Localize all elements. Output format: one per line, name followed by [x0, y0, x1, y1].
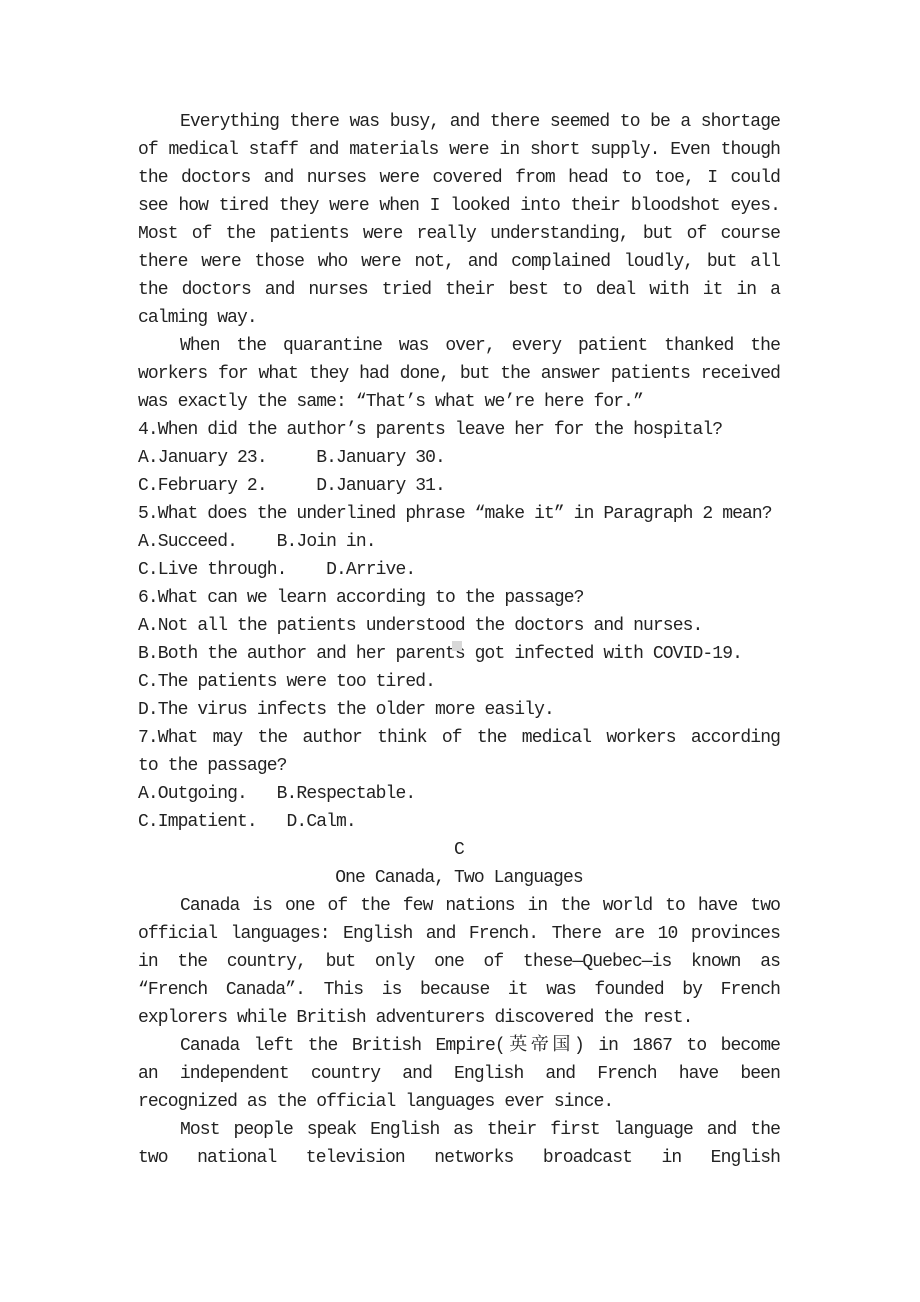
- document-line: Most people speak English as their first…: [138, 1116, 780, 1144]
- document-line: the doctors and nurses tried their best …: [138, 276, 780, 304]
- document-line: A.Not all the patients understood the do…: [138, 612, 780, 640]
- gray-square-artifact: [452, 641, 462, 651]
- document-page: Everything there was busy, and there see…: [0, 0, 920, 1302]
- document-line: explorers while British adventurers disc…: [138, 1004, 780, 1032]
- document-line: One Canada, Two Languages: [138, 864, 780, 892]
- document-content: Everything there was busy, and there see…: [138, 108, 780, 1172]
- document-line: Canada left the British Empire(英帝国) in 1…: [138, 1032, 780, 1060]
- document-line: see how tired they were when I looked in…: [138, 192, 780, 220]
- document-line: “French Canada”. This is because it was …: [138, 976, 780, 1004]
- document-line: two national television networks broadca…: [138, 1144, 780, 1172]
- document-line: calming way.: [138, 304, 780, 332]
- document-line: workers for what they had done, but the …: [138, 360, 780, 388]
- document-line: official languages: English and French. …: [138, 920, 780, 948]
- document-line: A.January 23. B.January 30.: [138, 444, 780, 472]
- document-line: Most of the patients were really underst…: [138, 220, 780, 248]
- document-line: recognized as the official languages eve…: [138, 1088, 780, 1116]
- document-line: of medical staff and materials were in s…: [138, 136, 780, 164]
- document-line: 4.When did the author’s parents leave he…: [138, 416, 780, 444]
- document-line: C.The patients were too tired.: [138, 668, 780, 696]
- document-line: C.February 2. D.January 31.: [138, 472, 780, 500]
- document-line: in the country, but only one of these—Qu…: [138, 948, 780, 976]
- document-line: A.Outgoing. B.Respectable.: [138, 780, 780, 808]
- document-line: C.Impatient. D.Calm.: [138, 808, 780, 836]
- document-line: C.Live through. D.Arrive.: [138, 556, 780, 584]
- document-line: A.Succeed. B.Join in.: [138, 528, 780, 556]
- document-line: When the quarantine was over, every pati…: [138, 332, 780, 360]
- document-line: 7.What may the author think of the medic…: [138, 724, 780, 752]
- document-line: to the passage?: [138, 752, 780, 780]
- document-line: 5.What does the underlined phrase “make …: [138, 500, 780, 528]
- document-line: Canada is one of the few nations in the …: [138, 892, 780, 920]
- document-line: an independent country and English and F…: [138, 1060, 780, 1088]
- document-line: Everything there was busy, and there see…: [138, 108, 780, 136]
- document-line: D.The virus infects the older more easil…: [138, 696, 780, 724]
- document-line: the doctors and nurses were covered from…: [138, 164, 780, 192]
- document-line: 6.What can we learn according to the pas…: [138, 584, 780, 612]
- document-line: was exactly the same: “That’s what we’re…: [138, 388, 780, 416]
- document-line: C: [138, 836, 780, 864]
- document-line: there were those who were not, and compl…: [138, 248, 780, 276]
